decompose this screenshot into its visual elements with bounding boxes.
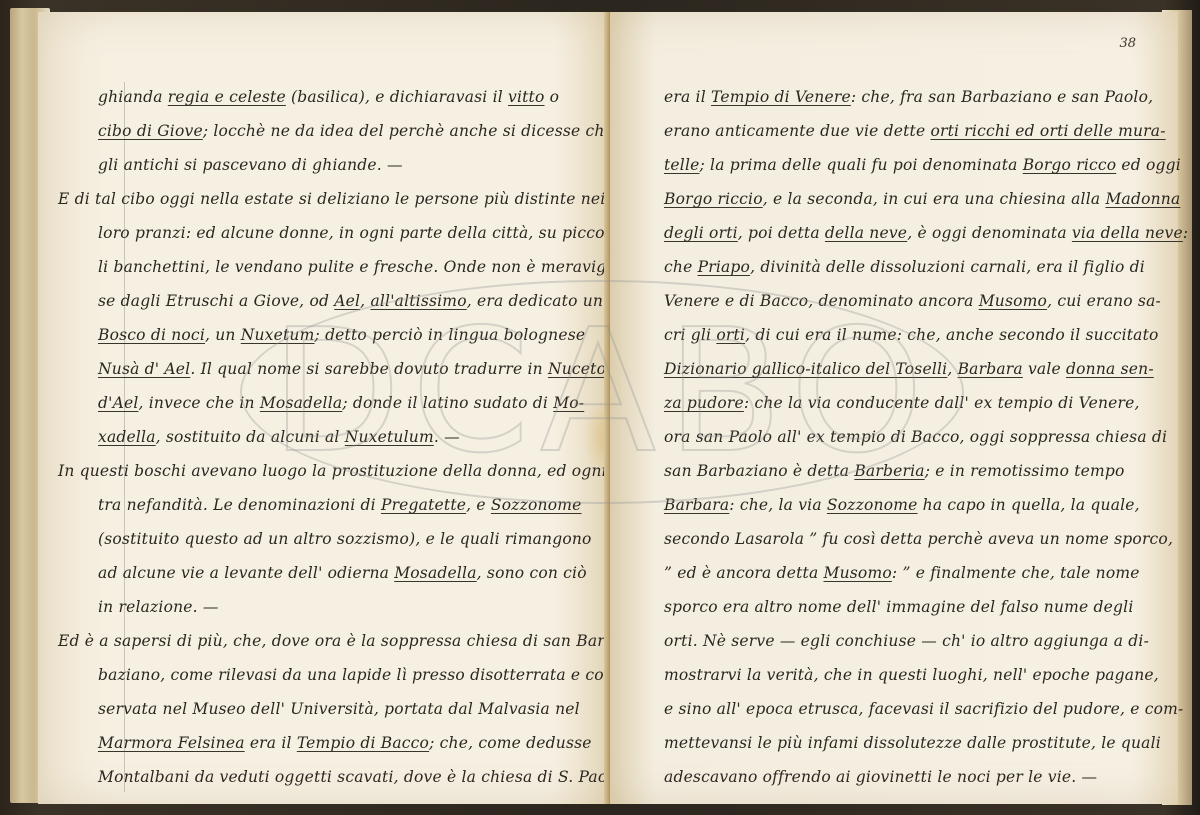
underlined-phrase: Nuceto [548,360,606,378]
text-line: secondo Lasarola ” fu così detta perchè … [610,522,1178,556]
text-run: secondo Lasarola ” fu così detta perchè … [664,530,1173,548]
text-line: loro pranzi: ed alcune donne, in ogni pa… [38,216,610,250]
text-run: ; la prima delle quali fu poi denominata [700,156,1023,174]
underlined-phrase: Nuxetulum [345,428,434,446]
text-run: , divinità delle dissoluzioni carnali, e… [750,258,1145,276]
underlined-phrase: d'Ael [98,394,139,412]
underlined-phrase: Sozzonome [827,496,918,514]
text-run: , è oggi denominata [907,224,1072,242]
text-line: mettevansi le più infami dissolutezze da… [610,726,1178,760]
text-run: tra nefandità. Le denominazioni di [98,496,381,514]
text-run: , sostituito da alcuni al [156,428,345,446]
text-line: mostrarvi la verità, che in questi luogh… [610,658,1178,692]
right-page-text: era il Tempio di Venere: che, fra san Ba… [610,12,1178,804]
underlined-phrase: Barbara [958,360,1023,378]
text-run: Ed è a sapersi di più, che, dove ora è l… [58,632,610,650]
text-line: ghianda regia e celeste (basilica), e di… [38,80,610,114]
text-run: ; e in remotissimo tempo [925,462,1125,480]
underlined-phrase: za pudore [664,394,744,412]
text-line: Barbara: che, la via Sozzonome ha capo i… [610,488,1178,522]
text-run: baziano, come rilevasi da una lapide lì … [98,666,619,684]
text-line: se dagli Etruschi a Giove, od Ael, all'a… [38,284,610,318]
text-line: Montalbani da veduti oggetti scavati, do… [38,760,610,794]
underlined-phrase: Barberia [854,462,924,480]
underlined-phrase: Mosadella [394,564,476,582]
text-line: Dizionario gallico-italico del Toselli, … [610,352,1178,386]
text-run: sporco era altro nome dell' immagine del… [664,598,1134,616]
text-run: ora san Paolo all' ex tempio di Bacco, o… [664,428,1167,446]
text-line: in relazione. — [38,590,610,624]
text-line: Marmora Felsinea era il Tempio di Bacco;… [38,726,610,760]
text-line: In questi boschi avevano luogo la prosti… [38,454,610,488]
underlined-phrase: Nusà d' Ael [98,360,190,378]
text-run: Venere e di Bacco, denominato ancora [664,292,979,310]
text-run: servata nel Museo dell' Università, port… [98,700,580,718]
underlined-phrase: via della neve [1072,224,1183,242]
underlined-phrase: Dizionario gallico-italico del Toselli [664,360,947,378]
text-line: e sino all' epoca etrusca, facevasi il s… [610,692,1178,726]
text-run: mettevansi le più infami dissolutezze da… [664,734,1161,752]
text-run: (basilica), e dichiaravasi il [286,88,508,106]
text-line: tra nefandità. Le denominazioni di Prega… [38,488,610,522]
text-line: Borgo riccio, e la seconda, in cui era u… [610,182,1178,216]
text-run: , un [205,326,241,344]
text-run: , sono con ciò [477,564,587,582]
text-run: in relazione. — [98,598,219,616]
text-line: adescavano offrendo ai giovinetti le noc… [610,760,1178,794]
text-run: cri gli [664,326,716,344]
underlined-phrase: Madonna [1105,190,1180,208]
text-line: za pudore: che la via conducente dall' e… [610,386,1178,420]
underlined-phrase: Tempio di Bacco [297,734,429,752]
underlined-phrase: Barbara [664,496,729,514]
text-line: gli antichi si pascevano di ghiande. — [38,148,610,182]
underlined-phrase: regia e celeste [168,88,286,106]
underlined-phrase: Mo- [553,394,584,412]
text-run: san Barbaziano è detta [664,462,854,480]
text-run: : che la via conducente dall' ex tempio … [744,394,1140,412]
text-line: sporco era altro nome dell' immagine del… [610,590,1178,624]
text-run: , poi detta [738,224,825,242]
text-line: li banchettini, le vendano pulite e fres… [38,250,610,284]
text-line: d'Ael, invece che in Mosadella; donde il… [38,386,610,420]
text-line: Venere e di Bacco, denominato ancora Mus… [610,284,1178,318]
text-run: , cui erano sa- [1047,292,1161,310]
underlined-phrase: all'altissimo [370,292,466,310]
text-run: ghianda [98,88,168,106]
text-run: orti. Nè serve — egli conchiuse — ch' io… [664,632,1149,650]
text-run: , [360,292,370,310]
underlined-phrase: orti ricchi ed orti delle mura- [930,122,1165,140]
text-run: era il [245,734,297,752]
underlined-phrase: Ael [334,292,360,310]
text-run: che [664,258,698,276]
text-run: ed oggi [1116,156,1181,174]
underlined-phrase: vitto [508,88,545,106]
text-run: adescavano offrendo ai giovinetti le noc… [664,768,1097,786]
text-line: baziano, come rilevasi da una lapide lì … [38,658,610,692]
underlined-phrase: telle [664,156,700,174]
left-page-text: ghianda regia e celeste (basilica), e di… [38,12,610,804]
text-run: li banchettini, le vendano pulite e fres… [98,258,626,276]
text-run: E di tal cibo oggi nella estate si deliz… [58,190,605,208]
text-line: ” ed è ancora detta Musomo: ” e finalmen… [610,556,1178,590]
underlined-phrase: Sozzonome [491,496,582,514]
text-run: In questi boschi avevano luogo la prosti… [58,462,632,480]
text-run: , [947,360,957,378]
text-line: servata nel Museo dell' Università, port… [38,692,610,726]
text-line: Bosco di noci, un Nuxetum; detto perciò … [38,318,610,352]
text-run: e sino all' epoca etrusca, facevasi il s… [664,700,1183,718]
text-line: era il Tempio di Venere: che, fra san Ba… [610,80,1178,114]
underlined-phrase: Nuxetum [241,326,315,344]
text-run: , e la seconda, in cui era una chiesina … [763,190,1106,208]
text-line: xadella, sostituito da alcuni al Nuxetul… [38,420,610,454]
underlined-phrase: Priapo [698,258,751,276]
text-run: loro pranzi: ed alcune donne, in ogni pa… [98,224,610,242]
underlined-phrase: della neve [825,224,907,242]
text-line: Ed è a sapersi di più, che, dove ora è l… [38,624,610,658]
underlined-phrase: Borgo riccio [664,190,763,208]
text-run: o [545,88,560,106]
text-run: ; donde il latino sudato di [342,394,553,412]
text-run: , e [466,496,491,514]
text-line: Nusà d' Ael. Il qual nome si sarebbe dov… [38,352,610,386]
text-run: (sostituito questo ad un altro sozzismo)… [98,530,592,548]
underlined-phrase: Marmora Felsinea [98,734,245,752]
underlined-phrase: Tempio di Venere [711,88,851,106]
text-run: : che, la via [729,496,827,514]
underlined-phrase: Musomo [979,292,1047,310]
text-run: ” ed è ancora detta [664,564,824,582]
text-line: E di tal cibo oggi nella estate si deliz… [38,182,610,216]
right-page: 38 era il Tempio di Venere: che, fra san… [610,12,1178,804]
text-line: degli orti, poi detta della neve, è oggi… [610,216,1178,250]
text-run: , di cui era il nume: che, anche secondo… [745,326,1159,344]
underlined-phrase: xadella [98,428,156,446]
text-run: : [1183,224,1188,242]
underlined-phrase: donna sen- [1066,360,1154,378]
underlined-phrase: Musomo [824,564,892,582]
text-line: cibo di Giove; locchè ne da idea del per… [38,114,610,148]
text-run: erano anticamente due vie dette [664,122,930,140]
text-line: ora san Paolo all' ex tempio di Bacco, o… [610,420,1178,454]
underlined-phrase: Bosco di noci [98,326,205,344]
text-run: , invece che in [139,394,260,412]
underlined-phrase: Pregatette [381,496,466,514]
text-run: ; detto perciò in lingua bolognese [315,326,586,344]
text-line: erano anticamente due vie dette orti ric… [610,114,1178,148]
text-line: orti. Nè serve — egli conchiuse — ch' io… [610,624,1178,658]
text-run: ; locchè ne da idea del perchè anche si … [203,122,614,140]
underlined-phrase: cibo di Giove [98,122,203,140]
text-run: mostrarvi la verità, che in questi luogh… [664,666,1159,684]
underlined-phrase: degli orti [664,224,738,242]
text-run: . — [434,428,460,446]
left-page: ghianda regia e celeste (basilica), e di… [38,12,610,804]
text-run: , era dedicato un [467,292,603,310]
text-line: cri gli orti, di cui era il nume: che, a… [610,318,1178,352]
text-line: ad alcune vie a levante dell' odierna Mo… [38,556,610,590]
text-run: Montalbani da veduti oggetti scavati, do… [98,768,622,786]
text-line: telle; la prima delle quali fu poi denom… [610,148,1178,182]
text-run: ad alcune vie a levante dell' odierna [98,564,394,582]
text-run: se dagli Etruschi a Giove, od [98,292,334,310]
underlined-phrase: Mosadella [260,394,342,412]
text-line: (sostituito questo ad un altro sozzismo)… [38,522,610,556]
text-run: ha capo in quella, la quale, [918,496,1140,514]
text-line: san Barbaziano è detta Barberia; e in re… [610,454,1178,488]
underlined-phrase: orti [716,326,745,344]
text-run: : che, fra san Barbaziano e san Paolo, [851,88,1153,106]
text-run: : ” e finalmente che, tale nome [892,564,1140,582]
text-line: che Priapo, divinità delle dissoluzioni … [610,250,1178,284]
text-run: era il [664,88,711,106]
text-run: vale [1023,360,1066,378]
text-run: gli antichi si pascevano di ghiande. — [98,156,403,174]
text-run: . Il qual nome si sarebbe dovuto tradurr… [190,360,548,378]
text-run: ; che, come dedusse [429,734,592,752]
underlined-phrase: Borgo ricco [1023,156,1117,174]
